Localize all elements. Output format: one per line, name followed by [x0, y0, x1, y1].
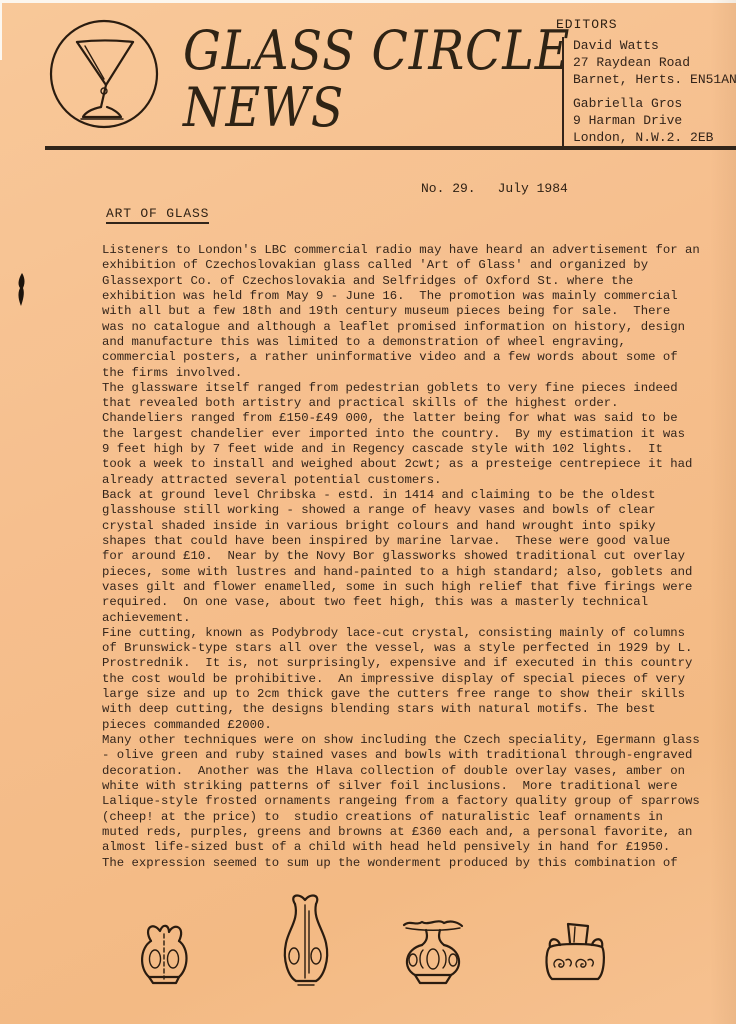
header-divider	[45, 146, 736, 150]
scan-edge-top	[0, 0, 736, 3]
article-body: Listeners to London's LBC commercial rad…	[102, 243, 732, 871]
scan-edge-left	[0, 0, 2, 60]
vase-sketch-wide-rim-stemmed	[402, 912, 464, 991]
editors-heading: EDITORS	[556, 17, 618, 32]
issue-line: No. 29.July 1984	[421, 181, 568, 196]
vase-sketch-squat-wavy-rim	[136, 920, 194, 988]
masthead-title: GLASS CIRCLE NEWS	[183, 22, 553, 136]
editor-address: David Watts 27 Raydean Road Barnet, Hert…	[573, 37, 736, 88]
ink-mark	[13, 272, 31, 308]
masthead-title-line2: NEWS	[183, 79, 553, 136]
editors-block: David Watts 27 Raydean Road Barnet, Hert…	[562, 37, 736, 147]
editor-address: Gabriella Gros 9 Harman Drive London, N.…	[573, 95, 736, 146]
newsletter-page: GLASS CIRCLE NEWS EDITORS David Watts 27…	[0, 0, 736, 1024]
goblet-in-circle-icon	[47, 17, 161, 131]
vase-sketch-scroll-jardiniere	[544, 921, 606, 990]
vase-sketch-tall-trumpet-neck	[280, 893, 332, 989]
issue-date: July 1984	[498, 181, 568, 196]
issue-number: No. 29.	[421, 181, 476, 196]
masthead-title-line1: GLASS CIRCLE	[183, 22, 553, 79]
article-heading: ART OF GLASS	[106, 206, 209, 224]
